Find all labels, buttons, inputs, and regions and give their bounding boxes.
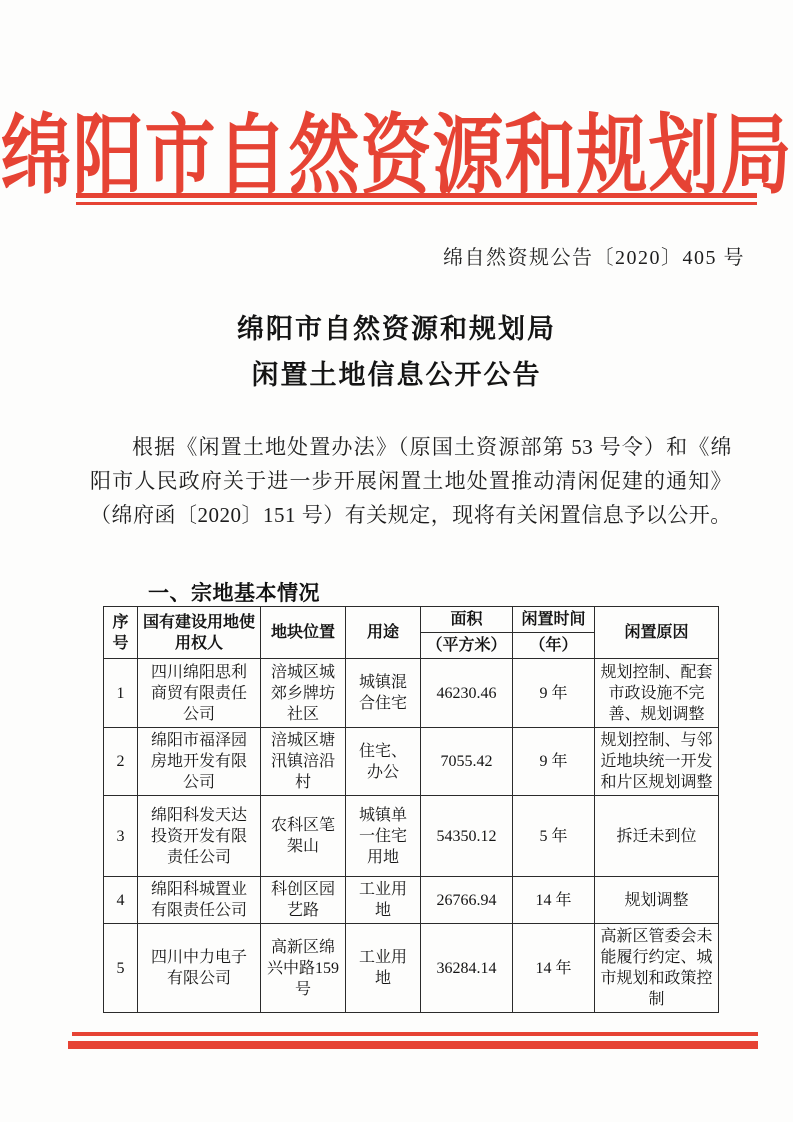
cell-holder: 绵阳科城置业有限责任公司: [138, 877, 261, 924]
header-area-unit: （平方米）: [421, 633, 513, 659]
header-holder: 国有建设用地使用权人: [138, 607, 261, 659]
cell-area: 36284.14: [421, 924, 513, 1013]
cell-location: 科创区园艺路: [261, 877, 346, 924]
cell-reason: 高新区管委会未能履行约定、城市规划和政策控制: [595, 924, 719, 1013]
cell-seq: 1: [104, 659, 138, 728]
letterhead-divider-thick: [76, 193, 757, 198]
document-number: 绵自然资规公告〔2020〕405 号: [443, 241, 745, 270]
cell-location: 涪城区城郊乡牌坊社区: [261, 659, 346, 728]
cell-holder: 四川中力电子有限公司: [138, 924, 261, 1013]
header-location: 地块位置: [261, 607, 346, 659]
cell-idle: 5 年: [513, 796, 595, 877]
letterhead-title: 绵阳市自然资源和规划局: [0, 86, 793, 210]
document-page: 绵阳市自然资源和规划局 绵自然资规公告〔2020〕405 号 绵阳市自然资源和规…: [0, 0, 793, 1122]
cell-area: 26766.94: [421, 877, 513, 924]
cell-holder: 四川绵阳思利商贸有限责任公司: [138, 659, 261, 728]
cell-area: 46230.46: [421, 659, 513, 728]
cell-use: 住宅、办公: [346, 728, 421, 796]
cell-idle: 9 年: [513, 728, 595, 796]
cell-seq: 2: [104, 728, 138, 796]
cell-idle: 14 年: [513, 877, 595, 924]
header-idle-title: 闲置时间: [513, 607, 595, 633]
cell-use: 工业用地: [346, 924, 421, 1013]
footer-divider-thick: [68, 1041, 758, 1049]
header-use: 用途: [346, 607, 421, 659]
cell-location: 高新区绵兴中路159 号: [261, 924, 346, 1013]
header-idle-unit: （年）: [513, 633, 595, 659]
footer-divider-thin: [72, 1032, 758, 1036]
section-heading: 一、宗地基本情况: [148, 577, 320, 607]
body-paragraph: 根据《闲置土地处置办法》（原国土资源部第 53 号令）和《绵阳市人民政府关于进一…: [90, 430, 732, 532]
document-title-line1: 绵阳市自然资源和规划局: [237, 314, 556, 344]
cell-use: 城镇单一住宅用地: [346, 796, 421, 877]
table-row: 1 四川绵阳思利商贸有限责任公司 涪城区城郊乡牌坊社区 城镇混合住宅 46230…: [104, 659, 719, 728]
cell-area: 7055.42: [421, 728, 513, 796]
cell-idle: 9 年: [513, 659, 595, 728]
header-area-title: 面积: [421, 607, 513, 633]
table-row: 5 四川中力电子有限公司 高新区绵兴中路159 号 工业用地 36284.14 …: [104, 924, 719, 1013]
cell-reason: 规划控制、配套市政设施不完善、规划调整: [595, 659, 719, 728]
cell-holder: 绵阳市福泽园房地开发有限公司: [138, 728, 261, 796]
table-header: 序号 国有建设用地使用权人 地块位置 用途 面积 闲置时间 闲置原因 （平方米）…: [104, 607, 719, 659]
table-row: 2 绵阳市福泽园房地开发有限公司 涪城区塘汛镇涪沿村 住宅、办公 7055.42…: [104, 728, 719, 796]
cell-location: 涪城区塘汛镇涪沿村: [261, 728, 346, 796]
table-row: 3 绵阳科发天达投资开发有限责任公司 农科区笔架山 城镇单一住宅用地 54350…: [104, 796, 719, 877]
idle-land-table: 序号 国有建设用地使用权人 地块位置 用途 面积 闲置时间 闲置原因 （平方米）…: [103, 606, 719, 1013]
cell-holder: 绵阳科发天达投资开发有限责任公司: [138, 796, 261, 877]
letterhead-divider-thin: [76, 202, 757, 205]
cell-seq: 4: [104, 877, 138, 924]
cell-use: 城镇混合住宅: [346, 659, 421, 728]
cell-seq: 5: [104, 924, 138, 1013]
cell-reason: 规划控制、与邻近地块统一开发和片区规划调整: [595, 728, 719, 796]
header-reason: 闲置原因: [595, 607, 719, 659]
cell-idle: 14 年: [513, 924, 595, 1013]
cell-reason: 拆迁未到位: [595, 796, 719, 877]
cell-reason: 规划调整: [595, 877, 719, 924]
document-title-line2: 闲置土地信息公开公告: [252, 360, 542, 390]
cell-area: 54350.12: [421, 796, 513, 877]
cell-seq: 3: [104, 796, 138, 877]
table-row: 4 绵阳科城置业有限责任公司 科创区园艺路 工业用地 26766.94 14 年…: [104, 877, 719, 924]
cell-use: 工业用地: [346, 877, 421, 924]
document-title: 绵阳市自然资源和规划局 闲置土地信息公开公告: [0, 306, 793, 398]
cell-location: 农科区笔架山: [261, 796, 346, 877]
header-seq: 序号: [104, 607, 138, 659]
